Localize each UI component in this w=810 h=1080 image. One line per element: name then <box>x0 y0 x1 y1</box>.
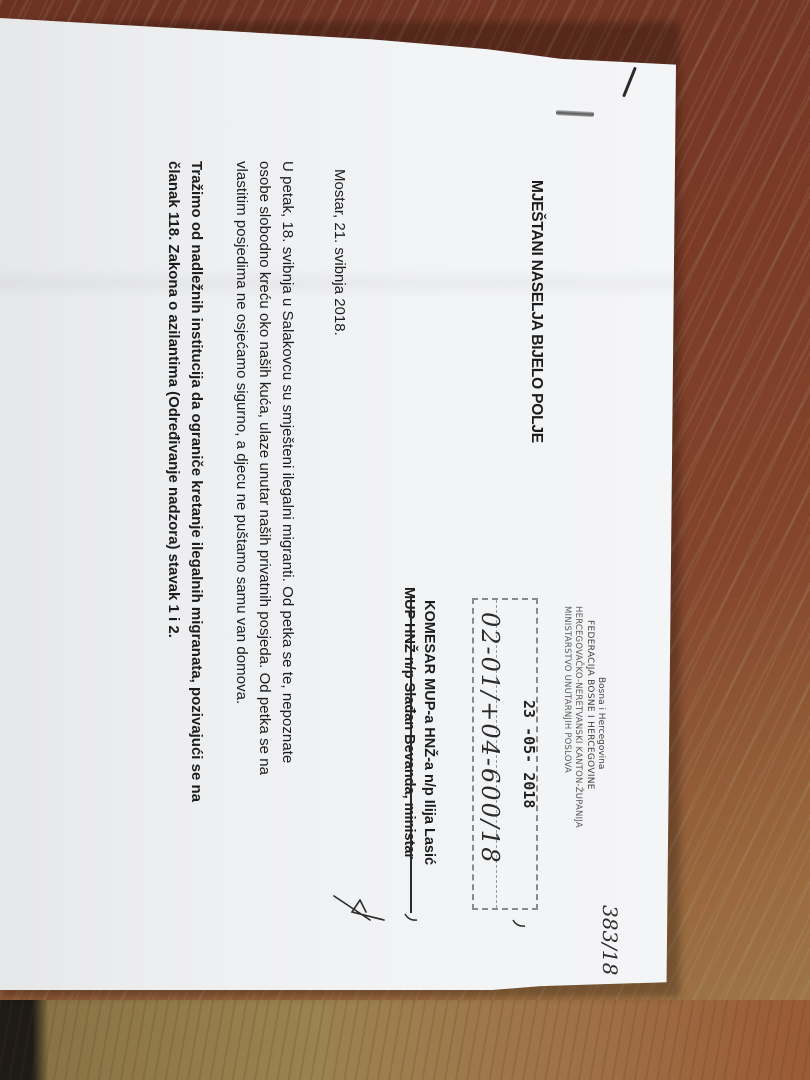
body-line-3: vlastitim posjedima ne osjećamo sigurno,… <box>233 161 250 704</box>
wooden-table-surface <box>0 1000 810 1080</box>
check-mark-icon <box>512 918 526 928</box>
document-page <box>0 18 676 990</box>
recipient-underline <box>410 595 412 913</box>
recipient-line-2: MUP HNŽ n/p Slađan Bevanda, ministar <box>401 587 417 859</box>
body-line-1: U petak, 18. svibnja u Salakovcu su smje… <box>279 161 296 763</box>
stamp-canton: HERCEGOVAČKO-NERETVANSKI KANTON-ŽUPANIJA <box>573 606 583 828</box>
request-line-1: Tražimo od nadležnih institucija da ogra… <box>188 161 205 802</box>
stamp-country: Bosna i Hercegovina <box>596 677 606 769</box>
sender-heading: MJEŠTANI NASELJA BIJELO POLJE <box>527 180 545 443</box>
place-date: Mostar, 21. svibnja 2018. <box>331 169 348 336</box>
check-mark-icon <box>404 912 418 922</box>
handwritten-page-number: 383/18 <box>598 905 622 975</box>
stamp-reference-number: 02-01/+04-600/18 <box>476 612 504 864</box>
stamp-federation: FEDERACIJA BOSNE I HERCEGOVINE <box>585 620 595 790</box>
request-line-2: članak 118. Zakona o azilantima (Određiv… <box>165 161 182 638</box>
body-line-2: osobe slobodno kreću oko naših kuća, ula… <box>256 161 273 775</box>
stamp-received-date: 23 -05- 2018 <box>520 700 538 808</box>
stamp-ministry: MINISTARSTVO UNUTARNJIH POSLOVA <box>562 606 572 773</box>
signature-icon <box>330 890 390 930</box>
recipient-line-1: KOMESAR MUP-a HNŽ-a n/p Ilija Lasić <box>421 600 437 865</box>
